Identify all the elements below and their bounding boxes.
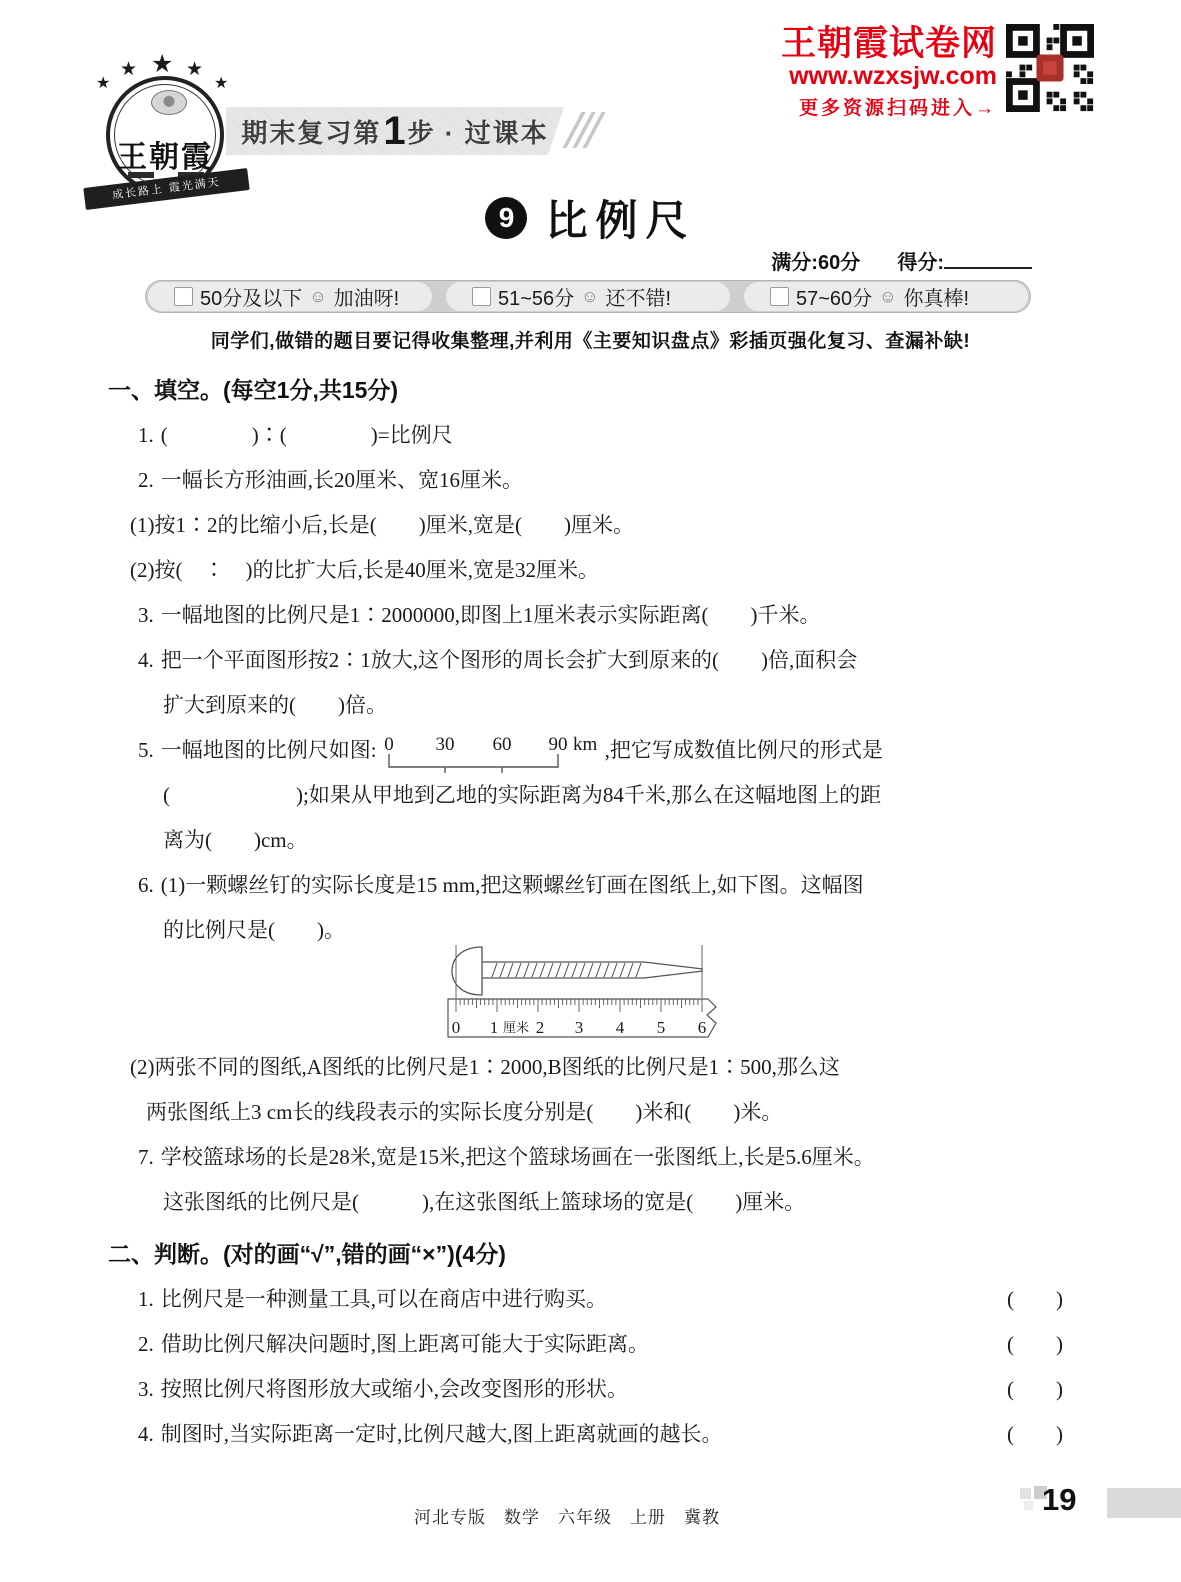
- worksheet-page: ★ ★ ★ ★ ★ 王朝霞 成长路上 霞光满天 期末复习第 1 步 · 过课本 …: [0, 0, 1181, 1582]
- question-number: 3.: [138, 1377, 154, 1401]
- site-url: www.wzxsjw.com: [737, 63, 997, 91]
- qr-finder-bottom-left: [1006, 78, 1040, 112]
- question-number: 3.: [138, 603, 154, 627]
- question-number: 4.: [138, 648, 154, 672]
- smiley-face-icon: ☺: [879, 287, 896, 307]
- question-text: 把一个平面图形按2∶1放大,这个图形的周长会扩大到原来的( )倍,面积会: [161, 648, 857, 672]
- screw-ruler-figure: 0 1 厘米 2 3 4 5 6: [446, 943, 718, 1039]
- judge-item-3: 3.按照比例尺将图形放大或缩小,会改变图形的形状。 ( ): [108, 1367, 1065, 1412]
- score-praise-label: 加油呀!: [334, 282, 400, 311]
- page-number: 19: [1042, 1482, 1076, 1518]
- banner-prefix: 期末复习第: [241, 113, 381, 150]
- question-7: 7.学校篮球场的长是28米,宽是15米,把这个篮球场画在一张图纸上,长是5.6厘…: [108, 1135, 1076, 1180]
- question-text: ( );如果从甲地到乙地的实际距离为84千米,那么在这幅地图上的距: [163, 783, 881, 807]
- question-4-cont: 扩大到原来的( )倍。: [108, 683, 1076, 728]
- checkbox[interactable]: [770, 287, 789, 306]
- question-4: 4.把一个平面图形按2∶1放大,这个图形的周长会扩大到原来的( )倍,面积会: [108, 638, 1076, 683]
- star-icon: ★: [96, 76, 110, 92]
- question-number: 1.: [138, 1287, 154, 1311]
- score-praise-label: 还不错!: [606, 282, 672, 311]
- notice-text: 同学们,做错的题目要记得收集整理,并利用《主要知识盘点》彩插页强化复习、查漏补缺…: [0, 326, 1181, 353]
- question-number: 2.: [138, 468, 154, 492]
- score-line: 满分:60分 得分:: [771, 246, 1032, 275]
- review-step-banner: 期末复习第 1 步 · 过课本: [226, 107, 564, 155]
- score-range-label: 51~56分: [498, 282, 574, 311]
- question-5: 5.一幅地图的比例尺如图:0306090km,把它写成数值比例尺的形式是: [108, 728, 1076, 773]
- question-text: ,把它写成数值比例尺的形式是: [605, 738, 883, 762]
- svg-text:2: 2: [536, 1018, 545, 1037]
- footer-decoration-square: [1024, 1501, 1033, 1510]
- star-icon: ★: [186, 60, 203, 79]
- checkbox[interactable]: [174, 287, 193, 306]
- score-range-label: 57~60分: [796, 282, 872, 311]
- question-text: 制图时,当实际距离一定时,比例尺越大,图上距离就画的越长。: [161, 1422, 723, 1446]
- logo-subtext-decoration: [128, 172, 154, 178]
- svg-text:km: km: [573, 734, 598, 755]
- question-2-sub2: (2)按( ∶ )的比扩大后,长是40厘米,宽是32厘米。: [108, 548, 1076, 593]
- map-scale-figure: 0306090km: [381, 733, 601, 777]
- svg-text:90: 90: [548, 734, 567, 755]
- question-6-sub2-cont: 两张图纸上3 cm长的线段表示的实际长度分别是( )米和( )米。: [108, 1090, 1076, 1135]
- question-3: 3.一幅地图的比例尺是1∶2000000,即图上1厘米表示实际距离( )千米。: [108, 593, 1076, 638]
- question-5-cont2: 离为( )cm。: [108, 818, 1076, 863]
- question-text: ( )∶( )=比例尺: [161, 423, 453, 447]
- site-slogan: 更多资源扫码进入→: [737, 93, 997, 120]
- svg-text:5: 5: [657, 1018, 666, 1037]
- question-text: (1)按1∶2的比缩小后,长是( )厘米,宽是( )厘米。: [130, 513, 634, 537]
- lesson-number-badge: 9: [485, 197, 527, 239]
- question-number: 1.: [138, 423, 154, 447]
- question-text: 扩大到原来的( )倍。: [163, 693, 387, 717]
- star-icon: ★: [151, 52, 173, 77]
- score-segment-high: 57~60分 ☺ 你真棒!: [744, 282, 1028, 311]
- judge-item-2: 2.借助比例尺解决问题时,图上距离可能大于实际距离。 ( ): [108, 1322, 1065, 1367]
- question-2-sub1: (1)按1∶2的比缩小后,长是( )厘米,宽是( )厘米。: [108, 503, 1076, 548]
- question-text: 离为( )cm。: [163, 828, 308, 852]
- footer-decoration-square: [1020, 1488, 1031, 1499]
- page-number-bar: [1107, 1488, 1181, 1518]
- answer-blank: ( ): [1007, 1367, 1065, 1412]
- question-text: 按照比例尺将图形放大或缩小,会改变图形的形状。: [161, 1377, 628, 1401]
- answer-blank: ( ): [1007, 1322, 1065, 1367]
- question-2: 2.一幅长方形油画,长20厘米、宽16厘米。: [108, 458, 1076, 503]
- section-fill-in-blanks: 一、填空。(每空1分,共15分) 1.( )∶( )=比例尺 2.一幅长方形油画…: [108, 368, 1076, 1225]
- full-score-label: 满分:60分: [771, 252, 860, 274]
- answer-blank: ( ): [1007, 1277, 1065, 1322]
- question-number: 6.: [138, 873, 154, 897]
- answer-blank: ( ): [1007, 1412, 1065, 1457]
- score-segment-mid: 51~56分 ☺ 还不错!: [446, 282, 730, 311]
- question-text: 比例尺是一种测量工具,可以在商店中进行购买。: [161, 1287, 607, 1311]
- banner-suffix: 步 · 过课本: [408, 113, 549, 150]
- star-icon: ★: [120, 60, 137, 79]
- question-text: 一幅长方形油画,长20厘米、宽16厘米。: [161, 468, 523, 492]
- question-number: 7.: [138, 1145, 154, 1169]
- question-6: 6.(1)一颗螺丝钉的实际长度是15 mm,把这颗螺丝钉画在图纸上,如下图。这幅…: [108, 863, 1076, 908]
- score-range-bar: 50分及以下 ☺ 加油呀! 51~56分 ☺ 还不错! 57~60分 ☺ 你真棒…: [145, 280, 1031, 313]
- banner-slash-decoration: [572, 112, 596, 148]
- question-text: (2)按( ∶ )的比扩大后,长是40厘米,宽是32厘米。: [130, 558, 599, 582]
- publisher-logo: ★ ★ ★ ★ ★ 王朝霞 成长路上 霞光满天: [92, 52, 244, 222]
- qr-code: [1006, 24, 1094, 112]
- question-6-sub2: (2)两张不同的图纸,A图纸的比例尺是1∶2000,B图纸的比例尺是1∶500,…: [108, 1045, 1076, 1090]
- question-text: 两张图纸上3 cm长的线段表示的实际长度分别是( )米和( )米。: [146, 1100, 782, 1124]
- page-title: 比例尺: [545, 188, 695, 248]
- banner-step-number: 1: [383, 109, 405, 154]
- section2-heading: 二、判断。(对的画“√”,错的画“×”)(4分): [108, 1232, 1065, 1277]
- svg-text:厘米: 厘米: [503, 1020, 529, 1035]
- svg-text:0: 0: [384, 734, 394, 755]
- question-1: 1.( )∶( )=比例尺: [108, 413, 1076, 458]
- question-text: 一幅地图的比例尺是1∶2000000,即图上1厘米表示实际距离( )千米。: [161, 603, 821, 627]
- svg-text:30: 30: [435, 734, 454, 755]
- judge-item-1: 1.比例尺是一种测量工具,可以在商店中进行购买。 ( ): [108, 1277, 1065, 1322]
- question-text: 这张图纸的比例尺是( ),在这张图纸上篮球场的宽是( )厘米。: [163, 1190, 805, 1214]
- section-true-false: 二、判断。(对的画“√”,错的画“×”)(4分) 1.比例尺是一种测量工具,可以…: [108, 1232, 1065, 1457]
- checkbox[interactable]: [472, 287, 491, 306]
- site-name: 王朝霞试卷网: [737, 26, 997, 61]
- portrait-icon: [151, 90, 187, 115]
- svg-text:4: 4: [616, 1018, 625, 1037]
- star-icon: ★: [214, 76, 228, 92]
- score-praise-label: 你真棒!: [904, 282, 970, 311]
- question-number: 5.: [138, 738, 154, 762]
- question-5-cont1: ( );如果从甲地到乙地的实际距离为84千米,那么在这幅地图上的距: [108, 773, 1076, 818]
- question-text: 借助比例尺解决问题时,图上距离可能大于实际距离。: [161, 1332, 649, 1356]
- edition-info: 河北专版 数学 六年级 上册 冀教: [0, 1503, 1134, 1528]
- svg-text:60: 60: [492, 734, 511, 755]
- svg-text:0: 0: [452, 1018, 461, 1037]
- question-number: 2.: [138, 1332, 154, 1356]
- question-text: (1)一颗螺丝钉的实际长度是15 mm,把这颗螺丝钉画在图纸上,如下图。这幅图: [161, 873, 864, 897]
- screw-threads: [492, 963, 641, 977]
- smiley-face-icon: ☺: [581, 287, 598, 307]
- logo-brand-name: 王朝霞: [110, 132, 220, 176]
- score-range-label: 50分及以下: [200, 282, 302, 311]
- svg-text:6: 6: [698, 1018, 707, 1037]
- qr-finder-top-right: [1060, 24, 1094, 58]
- qr-finder-top-left: [1006, 24, 1040, 58]
- measure-guides: [456, 945, 702, 998]
- judge-item-4: 4.制图时,当实际距离一定时,比例尺越大,图上距离就画的越长。 ( ): [108, 1412, 1065, 1457]
- section1-heading: 一、填空。(每空1分,共15分): [108, 368, 1076, 413]
- earned-score-blank: [944, 251, 1032, 269]
- question-text: 一幅地图的比例尺如图:: [161, 738, 377, 762]
- question-7-cont: 这张图纸的比例尺是( ),在这张图纸上篮球场的宽是( )厘米。: [108, 1180, 1076, 1225]
- svg-text:3: 3: [575, 1018, 584, 1037]
- earned-score-label: 得分:: [897, 252, 944, 274]
- question-text: 的比例尺是( )。: [163, 918, 345, 942]
- svg-text:1: 1: [490, 1018, 499, 1037]
- smiley-face-icon: ☺: [309, 287, 326, 307]
- question-number: 4.: [138, 1422, 154, 1446]
- question-text: (2)两张不同的图纸,A图纸的比例尺是1∶2000,B图纸的比例尺是1∶500,…: [130, 1055, 840, 1079]
- score-segment-low: 50分及以下 ☺ 加油呀!: [148, 282, 432, 311]
- site-info: 王朝霞试卷网 www.wzxsjw.com 更多资源扫码进入→: [737, 26, 997, 120]
- question-text: 学校篮球场的长是28米,宽是15米,把这个篮球场画在一张图纸上,长是5.6厘米。: [161, 1145, 875, 1169]
